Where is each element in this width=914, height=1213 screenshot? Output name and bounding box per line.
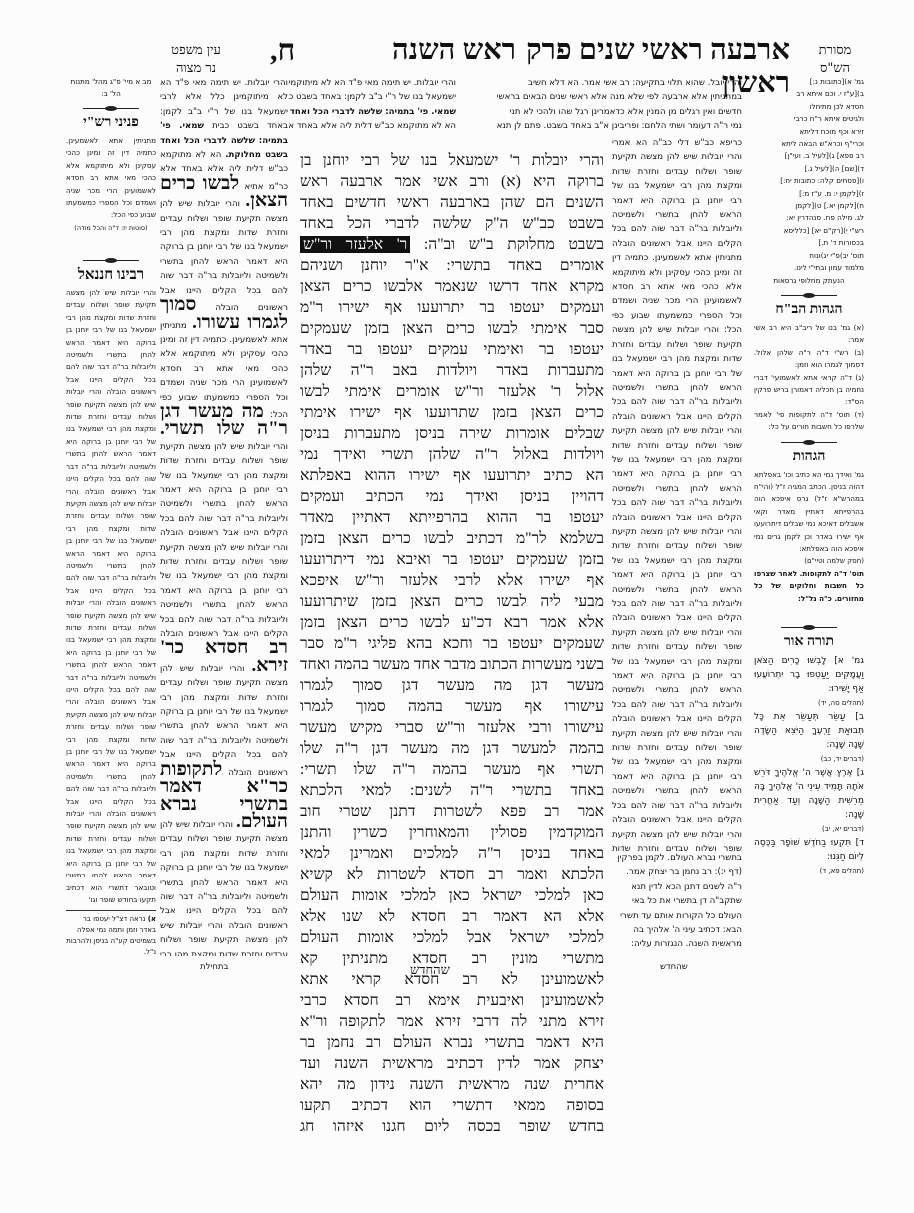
gemara-line: יעטפו בר ואימתי עמקים יעטפו בר באדר xyxy=(300,339,604,360)
gemara-line: אמר רב פפא לשטרות דתנן שטרי חוב xyxy=(300,801,604,822)
tosafot-text: והרי יובלות שיש להן מצשה תקיעת שופר ושלו… xyxy=(160,442,288,538)
gemara-line: אומרים באחד בתשרי: א"ר יוחנן ושניהם xyxy=(300,255,604,276)
masoret-line: ח)[לקמן יא.] ט)[לקמן xyxy=(754,200,864,212)
tosafot-text: והרי יובלות שיש להן מצשה תקיעת שופר ושלו… xyxy=(160,820,288,931)
gemara-line: באחד בתשרי ר"ה לשנים: למאי הלכתא xyxy=(300,780,604,801)
hagahot-habach-item: (ב) רש"י ד"ה ר"ה שלהן אלול. דסמוך לגמרו … xyxy=(754,347,864,372)
footnote-rule xyxy=(66,910,156,911)
rashi-line: חדשים ואין רגלים מן המנין אלא כדאמרינן ר… xyxy=(460,105,742,119)
gemara-line: למלכי ישראל אבל למלכי אומות העולם xyxy=(300,927,604,948)
masoret-line: ז)[לקמן י: מ. ע"ז מ:] xyxy=(754,188,864,200)
tosafot-line: והרי יובלות. יש תימה מאי פ"ד הא לא מיתוק… xyxy=(288,76,456,90)
ein-mishpat-entry: מב א מיי' פ"ג מהל' מתנות הל' ב: xyxy=(66,76,156,101)
tosafot-body: והרי יובלות. יש תימה מאי פ"ד הא לא מיתוק… xyxy=(160,76,288,956)
gemara-line: אלא אמר רבא דכ"ע לבשו כרים הצאן בזמן xyxy=(300,612,604,633)
rabbeinu-chananel-body: והרי יובלות שיש להן מצשה תקיעת שופר ושלו… xyxy=(66,288,156,396)
pnei-rashi-title: פניני רש"י xyxy=(66,113,156,133)
rashi-line: שתקב"ה דן בתשרי את כל באי xyxy=(612,894,742,908)
gemara-line: תשרי אף מעשר בהמה ר"ה שלו תשרי: xyxy=(300,759,604,780)
masoret-line: ו)[פסחים קלה: כתובות יח:] xyxy=(754,175,864,187)
gemara-line: ברוקה היא (א) ורב אשי אמר ארבעה ראש xyxy=(300,171,604,192)
masoret-line: רב פפא] ג)[לעיל ב. ועי"ן] xyxy=(754,150,864,162)
rashi-text: והרי יובלות שיש להן מצשה תקיעת שופר ושלו… xyxy=(612,830,742,852)
rabbeinu-chananel-title: רבינו חננאל xyxy=(66,265,156,285)
rashi-text: והרי יובלות שיש להן מצשה תקיעת שופר ושלו… xyxy=(612,628,742,724)
gemara-line: מתשרי מונין רב חסדא מתניתין קא xyxy=(300,948,604,969)
torah-ohr-ref: (תהלים פא, ד) xyxy=(754,864,864,878)
folio-number: ח, xyxy=(270,34,295,68)
tosafot-line: שמאי. פי' בתמיה: שלשה לדברי הכל ואחד בשב… xyxy=(288,105,456,119)
torah-ohr-ref: (דברים יד, כב) xyxy=(754,752,864,766)
gemara-line: ועמקים יעטפו בר יתרועעו אף ישירו ר"מ xyxy=(300,297,604,318)
gemara-line: אחרית שנה מראשית השנה נידון מה יהא xyxy=(300,1074,604,1095)
gemara-line: עישורו אף מעשר בהמה סמוך לגמרו xyxy=(300,696,604,717)
torah-ohr-verse: גמ' א] לָבְשׁוּ כָרִים הַצֹּאן וַעֲמָקִי… xyxy=(754,654,864,696)
rabbeinu-chananel-body-cont: והרי יובלות שיש להן מצשה תקיעת שופר ושלו… xyxy=(66,809,156,877)
rashi-line: העולם כל הקורות אותם עד תשרי xyxy=(612,909,742,923)
torah-ohr-verse: ד] תִּקְעוּ בַחֹדֶשׁ שׁוֹפָר בַּכֶּסֶה ל… xyxy=(754,836,864,864)
rashi-text: מתניתין אתא לאשמעינן. כתמיה דין זה ומינן… xyxy=(612,253,742,335)
torah-ohr-verse: ב] עַשֵּׂר תְּעַשֵּׂר אֵת כָּל תְּבוּאַת… xyxy=(754,710,864,752)
footnote: א) נראה דצ"ל יעטפו בר באדר וזמן ותמה נמי… xyxy=(66,914,156,958)
masoret-line: מלמוד עמון ובתי"י לינו. xyxy=(754,262,864,274)
rashi-body: כריפא כב"ש דלי כב"ה הא אמרי והרי יובלות … xyxy=(612,136,742,851)
gemara-text: והרי יובלות ר' ישמעאל בנו של רבי יוחנן ב… xyxy=(300,150,604,1137)
masoret-line: גמ' א)[כתובות נ:] xyxy=(754,76,864,88)
gemara-line: המוקדמין פסולין והמאוחרין כשרין והתנן xyxy=(300,822,604,843)
rabbeinu-chananel-body-cont: והרי יובלות שיש להן מצשה תקיעת שופר ושלו… xyxy=(66,387,156,495)
talmud-page: עין משפט נר מצוה ח, ראש השנה ארבעה ראשי … xyxy=(0,0,914,1213)
rashi-line: במתניתין אלא ארבעה לפי שלא מנה אלא ראשי … xyxy=(460,90,742,104)
rashi-line: הבא: דכתיב עיני ה' אלהיך בה xyxy=(612,923,742,937)
pnei-rashi-text: מתניתין אתא לאשמעינן. כתמיה דין זה ומינן… xyxy=(66,135,156,222)
torah-ohr-list: גמ' א] לָבְשׁוּ כָרִים הַצֹּאן וַעֲמָקִי… xyxy=(754,654,864,878)
gemara-line: כרים הצאן בזמן שתרועעו אף ישירו אימתי xyxy=(300,402,604,423)
ein-mishpat-title: עין משפט נר מצוה xyxy=(156,42,236,78)
rashi-line: בתשרי נברא העולם. לקמן בפרקין xyxy=(612,851,742,865)
ornament-divider xyxy=(781,442,837,443)
gemara-line: בסופה ממאי דתשרי הוא דכתיב תקעו xyxy=(300,1095,604,1116)
ornament-divider xyxy=(83,260,139,261)
gemara-line: בזמן שעמקים יעטפו בר ואיבא נמי דיתרועעו xyxy=(300,549,604,570)
gemara-line: יעטפו בר ההוא בהרפייתא דאתיין מאדר xyxy=(300,507,604,528)
rashi-line: (דף י:): רב נחמן בר יצחק אמר. xyxy=(612,865,742,879)
torah-ohr-title: תורה אור xyxy=(754,632,864,652)
gemara-line: לאשמועינן לא רב חסדא קראי אתא xyxy=(300,969,604,990)
rashi-line: ר"ה לשנים דתנן הכא לדין תנא xyxy=(612,880,742,894)
rabbeinu-chananel-body-cont: והרי יובלות שיש להן מצשה תקיעת שופר ושלו… xyxy=(66,598,156,706)
ornament-divider xyxy=(781,627,837,628)
gemara-line: בשבט מחלוקת ב"ש וב"ה: ר' אלעזר ור"ש xyxy=(300,234,604,255)
gemara-line: שבלים אומרות שירה בניסן מתעברות בניסן xyxy=(300,423,604,444)
gemara-line: מעשר דגן מה מעשר דגן סמוך לגמרו xyxy=(300,675,604,696)
gemara-line: זירא מתני לה דרבי זירא אמר לתקופה ור"א xyxy=(300,1011,604,1032)
gemara-line: ויולדות באלול ר"ה שלהן תשרי ואידך נמי xyxy=(300,444,604,465)
rashi-text: כריפא כב"ש דלי כב"ה הא אמרי xyxy=(612,138,742,148)
hagahot-title: הגהות xyxy=(754,447,864,467)
rashi-text: והרי יובלות שיש להן מצשה תקיעת שופר ושלו… xyxy=(612,729,742,825)
ornament-divider xyxy=(83,108,139,109)
tosafot: והרי יובלות. יש תימה מאי פ"ד הא לא מיתוק… xyxy=(160,76,288,956)
rashi-line: מראשית השנה. הנגזרות עליה: xyxy=(612,937,742,951)
hagahot-habach-title: הגהות הב"ח xyxy=(754,300,864,320)
tosafot-line: הא לא מתוקמא כב"ש דלית ליה אלא באחד אלא … xyxy=(288,119,456,133)
ornament-divider xyxy=(781,295,837,296)
gemara-line: השנים הם שהן בארבעה ראשי חדשים באחד xyxy=(300,192,604,213)
masoret-line: ולגיטים איתא ר"ח כרבי xyxy=(754,113,864,125)
gemara-line: באחד בניסן ר"ה למלכים ואמרינן למאי xyxy=(300,843,604,864)
gemara-highlight: ר' אלעזר ור"ש xyxy=(300,236,410,253)
gemara-line: אף ישירו אלא לרבי אלעזר ור"ש איפכא xyxy=(300,570,604,591)
tosafot-line: ישמעאל בנו של ר"י ב"ב לקמן: באחד בשבט כב… xyxy=(288,90,456,104)
gemara-line: סבר אימתי לבשו כרים הצאן בזמן שעמקים xyxy=(300,318,604,339)
hagahot-tosafot: תוס' ד"ה לתקופות. לאחר שצרפו כל חשבות וח… xyxy=(754,568,864,605)
gemara-line: והרי יובלות ר' ישמעאל בנו של רבי יוחנן ב… xyxy=(300,150,604,171)
masoret-line: זירא וכף מוכח דליתא xyxy=(754,126,864,138)
gemara-line: שעמקים יעטפו בר וחכא בהא פליגי ר"מ סבר xyxy=(300,633,604,654)
tosafot-catchword: בתחילת xyxy=(200,962,228,972)
hagahot-ref: (חסק שלמה וטיי"ם) xyxy=(754,555,864,567)
masoret-line: חסדא לכן מתיחלו xyxy=(754,101,864,113)
gemara-line: בחדש שופר בכסה ליום חגנו איזהו חג xyxy=(300,1116,604,1137)
masoret-line: בכסורות ד' ת.] xyxy=(754,237,864,249)
gemara-line: יצחק אמר לדין דכתיב מראשית השנה ועד xyxy=(300,1053,604,1074)
masoret-line: לג. מילה פח. סנהדרין יא: xyxy=(754,212,864,224)
gemara-line: מתעברות באדר ויולדות באב ר"ה שלהן xyxy=(300,360,604,381)
masoret-line: רש"י י)[רק"ם יא] [כלליסא xyxy=(754,225,864,237)
gemara-line: כאן למלכי ישראל כאן למלכי אומות העולם xyxy=(300,885,604,906)
rashi-text: והרי יובלות שיש להן מצשה תקיעת שופר ושלו… xyxy=(612,152,742,248)
rashi-line: והרי יובל. שהוא תלוי בתקיעה: רב אשי אמר.… xyxy=(460,76,742,90)
torah-ohr-ref: (תהלים סה, יד) xyxy=(754,696,864,710)
gemara-line: הא כתיב יתרועעו אף ישירו ההוא באפלתא xyxy=(300,465,604,486)
rashi-line: נמי ר"ה דעומר ושתי הלחם: ופריבינן א"ב בא… xyxy=(460,119,742,133)
rashi-text: והרי יובלות שיש להן מצשה תקיעת שופר ושלו… xyxy=(612,426,742,522)
gemara-line: דהויין בניסן ואידך נמי הכתיב ועמקים xyxy=(300,486,604,507)
hagahot-habach-item: (א) גמ' בנו של ריב"ב היא רב אשי אמר: xyxy=(754,322,864,347)
masoret-line: ב)[ע"ז י. וכם איתא רב xyxy=(754,88,864,100)
gemara-catchword: שהחדש xyxy=(410,962,450,978)
gemara-line: עישורו ורבי אלעזר ור"ש סברי מקיש מעשר xyxy=(300,717,604,738)
footnote-marker: א) xyxy=(148,915,156,923)
torah-ohr-ref: (דברים יא, יב) xyxy=(754,822,864,836)
masoret-line: הנעתק מחלופי גרסאות xyxy=(754,275,864,287)
gemara-line: לאשמועינן ואיבעית אימא רב חסדא כרבי xyxy=(300,990,604,1011)
rashi-text: והרי יובלות שיש להן מצשה תקיעת שופר ושלו… xyxy=(612,325,742,421)
rabbeinu-chananel-end: וטובאר דתשרי הוא דכתיב תקעו בחודש שופר ו… xyxy=(66,882,156,907)
masoret-hashas: גמ' א)[כתובות נ:] ב)[ע"ז י. וכם איתא רב … xyxy=(754,76,864,878)
footnote-text: נראה דצ"ל יעטפו בר באדר וזמן ותמה נמי אפ… xyxy=(66,915,156,956)
hagahot-habach-item: (ד) תוס' ד"ה לתקופות פי' לאמר שלרפו כל ח… xyxy=(754,409,864,434)
rabbeinu-chananel-body-cont: והרי יובלות שיש להן מצשה תקיעת שופר ושלו… xyxy=(66,487,156,608)
rabbeinu-chananel-section: רבינו חננאל והרי יובלות שיש להן מצשה תקי… xyxy=(66,252,156,877)
gemara-line: בשבט כב"ש ה"ק שלשה לדברי הכל באחד xyxy=(300,213,604,234)
rashi-footer: בתשרי נברא העולם. לקמן בפרקין (דף י:): ר… xyxy=(612,851,742,952)
hagahot-habach-item: (ג) ד"ה קראי אתא לאשמועי' דברי נחמיה בן … xyxy=(754,372,864,409)
rashi-catchword: שהחדש xyxy=(660,962,688,972)
gemara-line: הלכתא ואמר רב חסדא לשטרות לא קשיא xyxy=(300,864,604,885)
gemara-fragment: בשבט מחלוקת ב"ש וב"ה: xyxy=(424,236,604,253)
tosafot-line: והרי יובלות. יש תימה מאי פ"ד הא לא מיתוק… xyxy=(160,78,288,102)
gemara-line: בשני מעשרות הכתוב מדבר אחד מעשר בהמה ואח… xyxy=(300,654,604,675)
tractate-name: ראש השנה xyxy=(392,34,516,67)
gemara-line: בהמה למעשר דגן מה מעשר דגן ר"ה שלו xyxy=(300,738,604,759)
gemara-line: מקרא אחד דרשו שנאמר אלבשו כרים הצאן xyxy=(300,276,604,297)
tosafot-dibbur-hamatchil: מה מעשר דגן ר"ה שלו תשרי. xyxy=(160,401,288,439)
gemara-line: בשלמא לר"מ דכתיב לבשו כרים הצאן בזמן xyxy=(300,528,604,549)
tosafot-top-span: והרי יובלות. יש תימה מאי פ"ד הא לא מיתוק… xyxy=(288,76,456,134)
tosafot-text: והרי יובלות שיש להן מצשה תקיעת שופר ושלו… xyxy=(160,543,288,639)
masoret-line: ד)[שם] ה)[לעיל ג.] xyxy=(754,163,864,175)
rabbeinu-chananel-body-cont: והרי יובלות שיש להן מצשה תקיעת שופר ושלו… xyxy=(66,697,156,818)
pnei-rashi-section: פניני רש"י מתניתין אתא לאשמעינן. כתמיה ד… xyxy=(66,100,156,234)
gemara-line: אלול ר' אלעזר ור"ש אומרים אימתי לבשו xyxy=(300,381,604,402)
masoret-line: תוס' יב)פ"י יג)ונוח xyxy=(754,250,864,262)
masoret-line: וכרי"ף וכרא"ש הבאה ליתא xyxy=(754,138,864,150)
torah-ohr-verse: ג] אֶרֶץ אֲשֶׁר ה' אֱלֹהֶיךָ דֹּרֵשׁ אֹת… xyxy=(754,766,864,822)
gemara-line: היא דאמר בתשרי נברא העולם רב נחמן בר xyxy=(300,1032,604,1053)
gemara-line: אלא הא דאמר רב חסדא לא שנו אלא xyxy=(300,906,604,927)
pnei-rashi-ref: (סוטות יז: ד"ה והכל מודה) xyxy=(66,222,156,234)
masoret-hashas-title: מסורת הש"ס xyxy=(800,42,870,78)
rashi-top-span: והרי יובל. שהוא תלוי בתקיעה: רב אשי אמר.… xyxy=(460,76,742,134)
rashi: כריפא כב"ש דלי כב"ה הא אמרי והרי יובלות … xyxy=(612,76,742,952)
rashi-text: והרי יובלות שיש להן מצשה תקיעת שופר ושלו… xyxy=(612,527,742,623)
gemara-line: מבעי ליה לבשו כרים הצאן בזמן שיתרועעו xyxy=(300,591,604,612)
rabbeinu-chananel-text: והרי יובלות שיש להן מצשה תקיעת שופר ושלו… xyxy=(66,287,156,877)
hagahot-text: גמ' ואידך נמי הא כתיב וכו' באפלתא דהוה ב… xyxy=(754,469,864,556)
